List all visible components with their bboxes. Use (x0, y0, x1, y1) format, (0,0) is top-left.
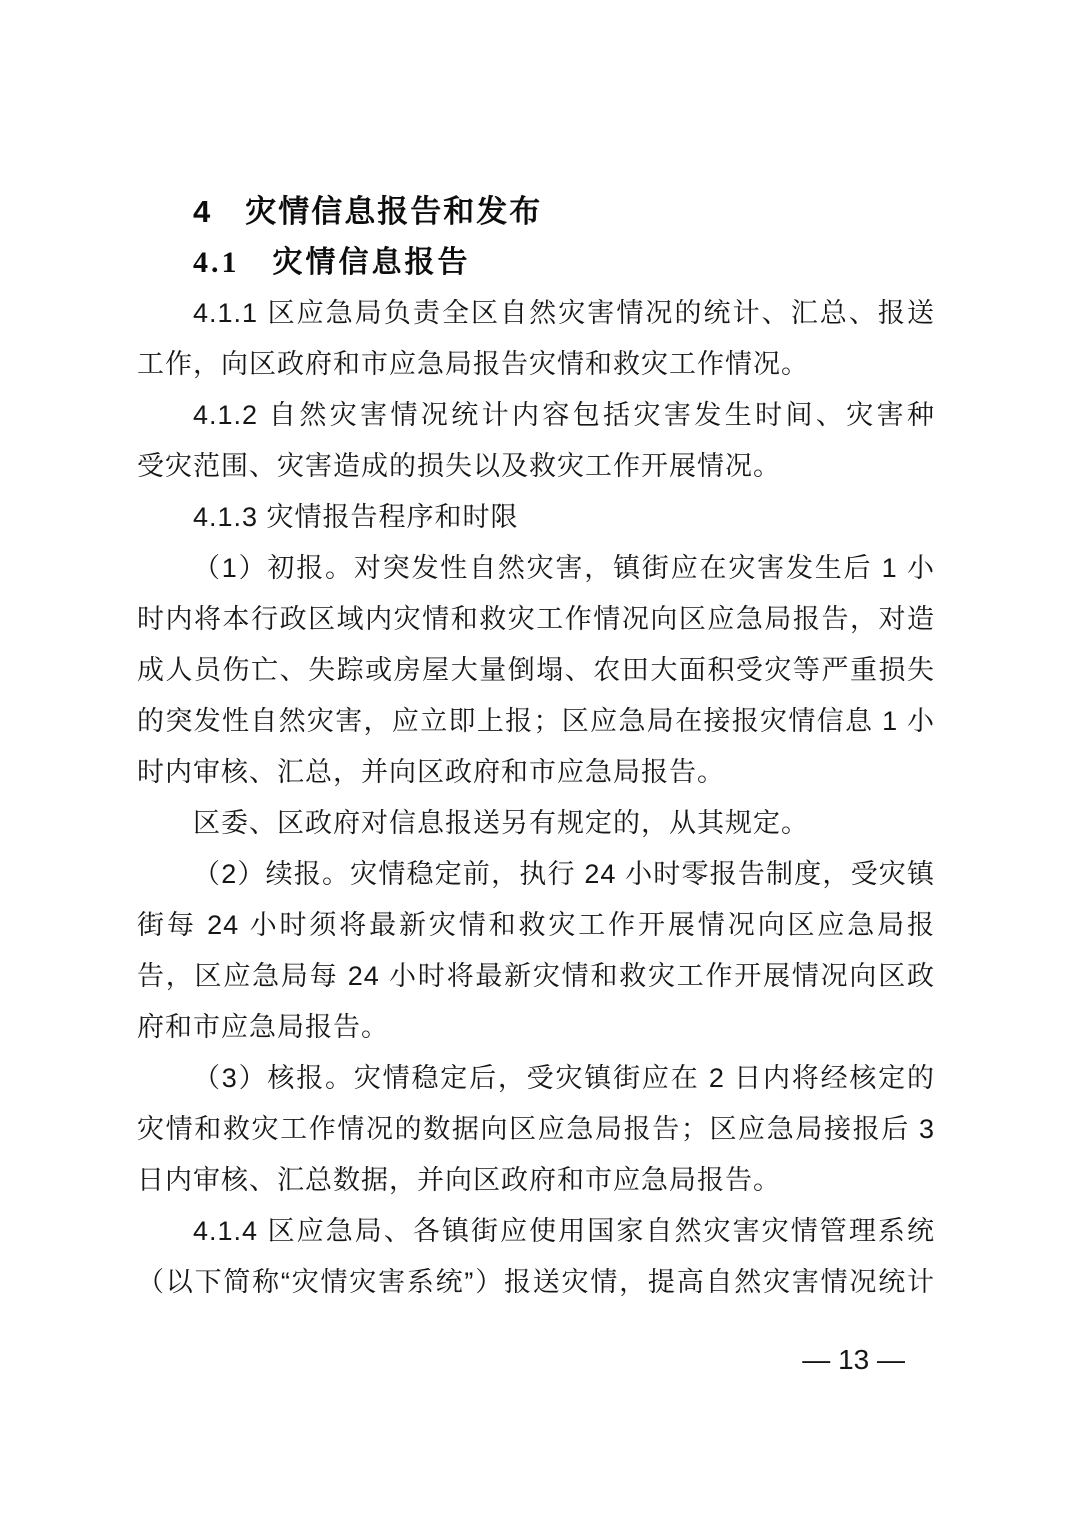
text-line: 的突发性自然灾害，应立即上报；区应急局在接报灾情信息 1 小 (137, 696, 935, 747)
text-line: 日内审核、汇总数据，并向区政府和市应急局报告。 (137, 1155, 935, 1206)
document-content: 4 灾情信息报告和发布 4.1 灾情信息报告 4.1.1 区应急局负责全区自然灾… (137, 186, 935, 1308)
text-line: 时内审核、汇总，并向区政府和市应急局报告。 (137, 747, 935, 798)
text-line: 4.1.3 灾情报告程序和时限 (137, 492, 935, 543)
text-line: 成人员伤亡、失踪或房屋大量倒塌、农田大面积受灾等严重损失 (137, 645, 935, 696)
text-line: 告，区应急局每 24 小时将最新灾情和救灾工作开展情况向区政 (137, 951, 935, 1002)
text-line: 灾情和救灾工作情况的数据向区应急局报告；区应急局接报后 3 (137, 1104, 935, 1155)
text-line: 时内将本行政区域内灾情和救灾工作情况向区应急局报告，对造 (137, 594, 935, 645)
text-line: （2）续报。灾情稳定前，执行 24 小时零报告制度，受灾镇 (137, 849, 935, 900)
text-line: 4.1.4 区应急局、各镇街应使用国家自然灾害灾情管理系统 (137, 1206, 935, 1257)
document-page: 4 灾情信息报告和发布 4.1 灾情信息报告 4.1.1 区应急局负责全区自然灾… (0, 0, 1074, 1520)
text-line: （1）初报。对突发性自然灾害，镇街应在灾害发生后 1 小 (137, 543, 935, 594)
text-line: 受灾范围、灾害造成的损失以及救灾工作开展情况。 (137, 441, 935, 492)
text-line: 街每 24 小时须将最新灾情和救灾工作开展情况向区应急局报 (137, 900, 935, 951)
text-line: 工作，向区政府和市应急局报告灾情和救灾工作情况。 (137, 339, 935, 390)
text-line: 区委、区政府对信息报送另有规定的，从其规定。 (137, 798, 935, 849)
page-number: — 13 — (137, 1340, 905, 1380)
text-line: （3）核报。灾情稳定后，受灾镇街应在 2 日内将经核定的 (137, 1053, 935, 1104)
text-line: （以下简称“灾情灾害系统”）报送灾情，提高自然灾害情况统计 (137, 1257, 935, 1308)
text-line: 4.1.2 自然灾害情况统计内容包括灾害发生时间、灾害种类、 (137, 390, 935, 441)
text-line: 4.1.1 区应急局负责全区自然灾害情况的统计、汇总、报送 (137, 288, 935, 339)
text-line: 府和市应急局报告。 (137, 1002, 935, 1053)
chapter-heading: 4 灾情信息报告和发布 (137, 186, 935, 237)
section-heading: 4.1 灾情信息报告 (137, 237, 935, 288)
